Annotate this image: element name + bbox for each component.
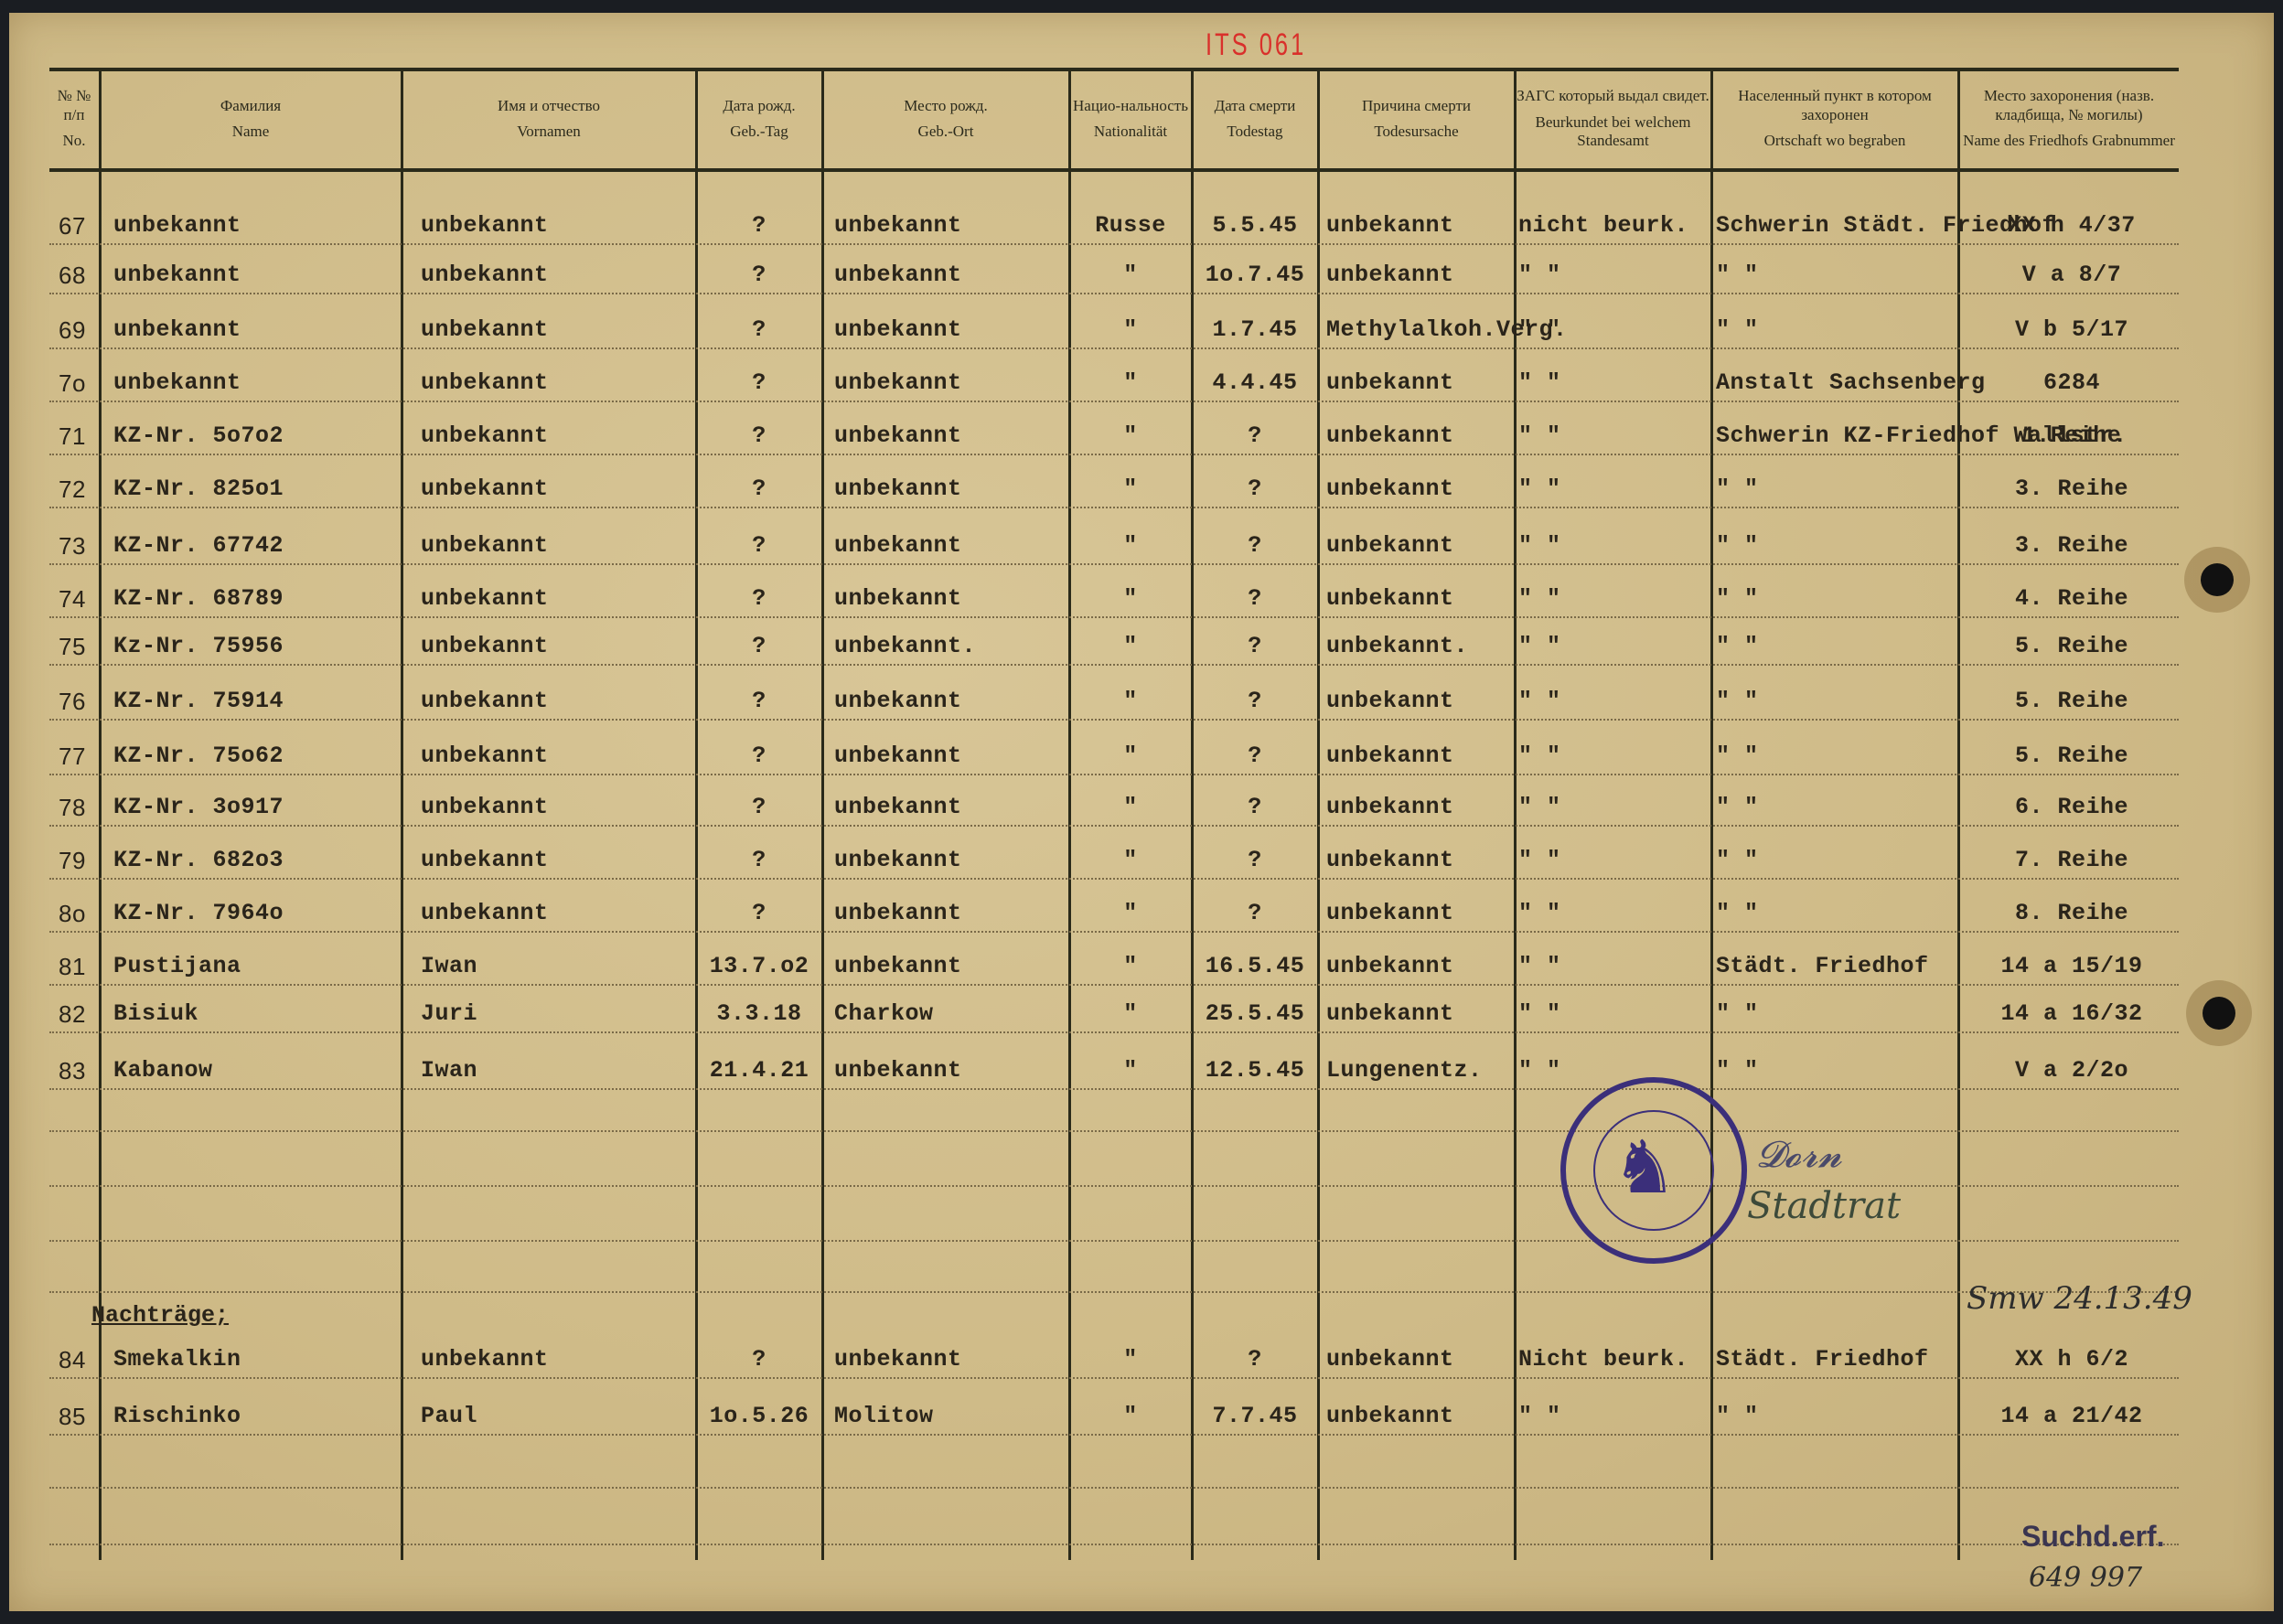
cell-standesamt: " " [1518,585,1707,612]
cell-geb-tag: ? [701,794,818,820]
cell-geb-tag: ? [701,532,818,559]
cell-geb-tag: 1o.5.26 [701,1403,818,1429]
cell-ort: " " [1716,316,1956,343]
table-row: 67unbekanntunbekannt?unbekanntRusse5.5.4… [0,212,2283,264]
cell-vorname: unbekannt [421,688,686,714]
header-ortschaft: Населенный пункт в котором захоронен Ort… [1712,71,1957,166]
cell-nat: " [1072,585,1189,612]
cell-standesamt: " " [1518,1000,1707,1027]
cell-name: KZ-Nr. 5o7o2 [113,422,388,449]
cell-name: KZ-Nr. 75914 [113,688,388,714]
cell-geb-ort: unbekannt [834,743,1063,769]
cell-todestag: ? [1195,743,1315,769]
cell-vorname: unbekannt [421,369,686,396]
cell-grab: 5. Reihe [1967,743,2177,769]
cell-nat: " [1072,847,1189,873]
dotted-rule [49,1487,2179,1489]
cell-name: KZ-Nr. 682o3 [113,847,388,873]
cell-geb-ort: unbekannt [834,953,1063,979]
cell-todestag: ? [1195,585,1315,612]
cell-no: 77 [49,743,95,771]
header-bottom-rule [49,168,2179,172]
cell-standesamt: " " [1518,1403,1707,1429]
cell-nat: Russe [1072,212,1189,239]
table-row: 81PustijanaIwan13.7.o2unbekannt"16.5.45u… [0,953,2283,1005]
dotted-rule [49,825,2179,827]
cell-geb-ort: unbekannt [834,475,1063,502]
cell-no: 75 [49,633,95,661]
cell-todestag: 16.5.45 [1195,953,1315,979]
handwritten-note: Smw 24.13.49 [1967,1280,2192,1317]
cell-todestag: ? [1195,475,1315,502]
cell-standesamt: " " [1518,422,1707,449]
cell-nat: " [1072,422,1189,449]
signature: 𝓓𝓸𝓻𝓷 [1756,1134,1842,1176]
dotted-rule [49,1377,2179,1379]
cell-ort: Anstalt Sachsenberg [1716,369,1956,396]
cell-ort: Städt. Friedhof [1716,953,1956,979]
cell-no: 72 [49,475,95,504]
cell-geb-tag: ? [701,847,818,873]
cell-ort: " " [1716,1000,1956,1027]
horse-rider-icon: ♞ [1612,1125,1677,1210]
dotted-rule [49,719,2179,721]
cell-geb-ort: unbekannt [834,1346,1063,1373]
cell-geb-ort: Molitow [834,1403,1063,1429]
cell-nat: " [1072,532,1189,559]
table-row: 72KZ-Nr. 825o1unbekannt?unbekannt"?unbek… [0,475,2283,528]
cell-no: 82 [49,1000,95,1029]
cell-standesamt: " " [1518,1057,1707,1084]
cell-nat: " [1072,475,1189,502]
cell-vorname: Iwan [421,953,686,979]
cell-standesamt: " " [1518,316,1707,343]
cell-ort: " " [1716,688,1956,714]
cell-vorname: unbekannt [421,532,686,559]
cell-name: Pustijana [113,953,388,979]
cell-todestag: ? [1195,794,1315,820]
cell-ort: " " [1716,262,1956,288]
cell-no: 8o [49,900,95,928]
cell-no: 76 [49,688,95,716]
cell-name: unbekannt [113,316,388,343]
cell-geb-tag: ? [701,743,818,769]
cell-geb-ort: Charkow [834,1000,1063,1027]
cell-nat: " [1072,1000,1189,1027]
punch-hole [2201,563,2234,596]
cell-vorname: unbekannt [421,212,686,239]
dotted-rule [49,931,2179,933]
cell-geb-ort: unbekannt [834,900,1063,926]
cell-no: 74 [49,585,95,614]
header-todestag: Дата смерти Todestag [1193,71,1317,166]
cell-todestag: ? [1195,633,1315,659]
cell-todestag: ? [1195,422,1315,449]
cell-ort: " " [1716,847,1956,873]
cell-standesamt: " " [1518,369,1707,396]
cell-todestag: 12.5.45 [1195,1057,1315,1084]
cell-standesamt: " " [1518,633,1707,659]
cell-geb-ort: unbekannt [834,532,1063,559]
cell-vorname: unbekannt [421,633,686,659]
cell-geb-tag: ? [701,369,818,396]
cell-grab: 14 a 16/32 [1967,1000,2177,1027]
dotted-rule [49,664,2179,666]
cell-nat: " [1072,1057,1189,1084]
cell-name: KZ-Nr. 825o1 [113,475,388,502]
cell-geb-tag: ? [701,422,818,449]
dotted-rule [49,563,2179,565]
cell-no: 7o [49,369,95,398]
official-seal: ♞ [1560,1077,1747,1264]
header-no: № № п/п No. [49,71,99,166]
cell-ort: Städt. Friedhof [1716,1346,1956,1373]
header-nationalitaet: Нацио-нальность Nationalität [1070,71,1191,166]
cell-ort: Schwerin Städt. Friedhof [1716,212,1956,239]
cell-name: unbekannt [113,369,388,396]
cell-geb-tag: ? [701,633,818,659]
cell-ort: " " [1716,475,1956,502]
cell-grab: 3. Reihe [1967,475,2177,502]
cell-grab: 7. Reihe [1967,847,2177,873]
table-row: 83KabanowIwan21.4.21unbekannt"12.5.45Lun… [0,1057,2283,1109]
cell-name: Kz-Nr. 75956 [113,633,388,659]
cell-grab: 14 a 15/19 [1967,953,2177,979]
table-row: 74KZ-Nr. 68789unbekannt?unbekannt"?unbek… [0,585,2283,637]
table-row: 75Kz-Nr. 75956unbekannt?unbekannt."?unbe… [0,633,2283,685]
dotted-rule [49,1291,2179,1293]
cell-name: unbekannt [113,262,388,288]
dotted-rule [49,243,2179,245]
dotted-rule [49,507,2179,508]
cell-grab: 5. Reihe [1967,688,2177,714]
dotted-rule [49,1088,2179,1090]
cell-standesamt: " " [1518,688,1707,714]
cell-standesamt: " " [1518,953,1707,979]
table-row: 8oKZ-Nr. 7964ounbekannt?unbekannt"?unbek… [0,900,2283,952]
header-friedhof: Место захоронения (назв. кладбища, № мог… [1959,71,2179,166]
cell-nat: " [1072,900,1189,926]
cell-ort: " " [1716,532,1956,559]
cell-grab: 6284 [1967,369,2177,396]
cell-ort: " " [1716,633,1956,659]
cell-nat: " [1072,953,1189,979]
cell-vorname: Paul [421,1403,686,1429]
cell-geb-tag: ? [701,262,818,288]
header-vornamen: Имя и отчество Vornamen [402,71,695,166]
dotted-rule [49,616,2179,618]
dotted-rule [49,1544,2179,1545]
cell-name: KZ-Nr. 75o62 [113,743,388,769]
cell-ort: Schwerin KZ-Friedhof Wallstr. [1716,422,1956,449]
cell-ort: " " [1716,794,1956,820]
cell-name: Bisiuk [113,1000,388,1027]
cell-name: KZ-Nr. 7964o [113,900,388,926]
cell-ort: " " [1716,743,1956,769]
dotted-rule [49,1031,2179,1033]
cell-standesamt: " " [1518,900,1707,926]
cell-vorname: unbekannt [421,422,686,449]
dotted-rule [49,774,2179,775]
cell-standesamt: " " [1518,475,1707,502]
cell-geb-ort: unbekannt [834,585,1063,612]
cell-standesamt: " " [1518,262,1707,288]
cell-grab: XX h 4/37 [1967,212,2177,239]
cell-grab: 14 a 21/42 [1967,1403,2177,1429]
cell-standesamt: nicht beurk. [1518,212,1707,239]
table-row: 71KZ-Nr. 5o7o2unbekannt?unbekannt"?unbek… [0,422,2283,475]
cell-geb-tag: ? [701,900,818,926]
table-row: 69unbekanntunbekannt?unbekannt"1.7.45Met… [0,316,2283,369]
cell-geb-tag: ? [701,316,818,343]
cell-geb-ort: unbekannt [834,422,1063,449]
supplement-heading: Nachträge; [91,1302,229,1329]
cell-geb-ort: unbekannt [834,369,1063,396]
cell-todestag: ? [1195,688,1315,714]
cell-no: 67 [49,212,95,240]
cell-vorname: unbekannt [421,316,686,343]
header-todesursache: Причина смерти Todesursache [1319,71,1514,166]
cell-geb-ort: unbekannt [834,847,1063,873]
cell-no: 73 [49,532,95,561]
cell-standesamt: " " [1518,743,1707,769]
table-row: 82BisiukJuri3.3.18Charkow"25.5.45unbekan… [0,1000,2283,1052]
cell-no: 68 [49,262,95,290]
cell-vorname: unbekannt [421,262,686,288]
cell-geb-tag: 13.7.o2 [701,953,818,979]
cell-todestag: 1o.7.45 [1195,262,1315,288]
cell-grab: 8. Reihe [1967,900,2177,926]
cell-grab: 3. Reihe [1967,532,2177,559]
dotted-rule [49,454,2179,455]
cell-nat: " [1072,688,1189,714]
cell-geb-ort: unbekannt [834,1057,1063,1084]
cell-nat: " [1072,743,1189,769]
cell-ort: " " [1716,900,1956,926]
table-row: 77KZ-Nr. 75o62unbekannt?unbekannt"?unbek… [0,743,2283,795]
cell-grab: V a 2/2o [1967,1057,2177,1084]
cell-todestag: 1.7.45 [1195,316,1315,343]
cell-todestag: ? [1195,1346,1315,1373]
cell-geb-tag: ? [701,212,818,239]
cell-grab: 5. Reihe [1967,633,2177,659]
dotted-rule [49,401,2179,402]
header-geb-tag: Дата рожд. Geb.-Tag [697,71,821,166]
cell-geb-tag: ? [701,585,818,612]
cell-todestag: 5.5.45 [1195,212,1315,239]
table-row: 78KZ-Nr. 3o917unbekannt?unbekannt"?unbek… [0,794,2283,846]
cell-geb-tag: ? [701,1346,818,1373]
cell-nat: " [1072,633,1189,659]
cell-nat: " [1072,369,1189,396]
cell-geb-tag: ? [701,475,818,502]
cell-grab: 4. Reihe [1967,585,2177,612]
cell-ort: " " [1716,1057,1956,1084]
header-geb-ort: Место рожд. Geb.-Ort [823,71,1068,166]
cell-name: KZ-Nr. 3o917 [113,794,388,820]
cell-vorname: unbekannt [421,475,686,502]
cell-grab: V a 8/7 [1967,262,2177,288]
cell-todestag: ? [1195,900,1315,926]
cell-vorname: Juri [421,1000,686,1027]
cell-grab: XX h 6/2 [1967,1346,2177,1373]
cell-geb-ort: unbekannt [834,212,1063,239]
cell-no: 85 [49,1403,95,1431]
cell-todestag: ? [1195,847,1315,873]
cell-name: Rischinko [113,1403,388,1429]
cell-no: 79 [49,847,95,875]
cell-vorname: Iwan [421,1057,686,1084]
table-row: 68unbekanntunbekannt?unbekannt"1o.7.45un… [0,262,2283,314]
its-archive-stamp: ITS 061 [1206,27,1306,63]
suchd-erf-stamp: Suchd.erf. [2021,1520,2164,1554]
cell-no: 83 [49,1057,95,1085]
cell-nat: " [1072,1403,1189,1429]
dotted-rule [49,1130,2179,1132]
cell-no: 84 [49,1346,95,1374]
handwritten-reference: 649 997 [2029,1562,2142,1594]
table-row: 84Smekalkinunbekannt?unbekannt"?unbekann… [0,1346,2283,1398]
cell-geb-tag: 3.3.18 [701,1000,818,1027]
cell-grab: 1.Reihe [1967,422,2177,449]
cell-vorname: unbekannt [421,900,686,926]
signature-title: Stadtrat [1747,1185,1901,1227]
cell-name: Smekalkin [113,1346,388,1373]
table-row: 73KZ-Nr. 67742unbekannt?unbekannt"?unbek… [0,532,2283,584]
cell-no: 81 [49,953,95,981]
cell-no: 69 [49,316,95,345]
cell-name: unbekannt [113,212,388,239]
table-row: 7ounbekanntunbekannt?unbekannt"4.4.45unb… [0,369,2283,422]
cell-name: KZ-Nr. 68789 [113,585,388,612]
dotted-rule [49,1434,2179,1436]
header-name: Фамилия Name [101,71,401,166]
dotted-rule [49,984,2179,986]
cell-nat: " [1072,316,1189,343]
cell-nat: " [1072,262,1189,288]
cell-standesamt: " " [1518,847,1707,873]
cell-vorname: unbekannt [421,1346,686,1373]
cell-todestag: 25.5.45 [1195,1000,1315,1027]
cell-todestag: 4.4.45 [1195,369,1315,396]
cell-grab: 6. Reihe [1967,794,2177,820]
dotted-rule [49,347,2179,349]
cell-standesamt: Nicht beurk. [1518,1346,1707,1373]
header-standesamt: ЗАГС который выдал свидет. Beurkundet be… [1516,71,1710,166]
cell-ort: " " [1716,1403,1956,1429]
table-row: 85RischinkoPaul1o.5.26Molitow"7.7.45unbe… [0,1403,2283,1455]
cell-geb-ort: unbekannt [834,688,1063,714]
cell-vorname: unbekannt [421,585,686,612]
dotted-rule [49,878,2179,880]
cell-nat: " [1072,794,1189,820]
cell-grab: V b 5/17 [1967,316,2177,343]
cell-standesamt: " " [1518,532,1707,559]
cell-name: KZ-Nr. 67742 [113,532,388,559]
dotted-rule [49,293,2179,294]
cell-geb-ort: unbekannt [834,794,1063,820]
cell-todestag: ? [1195,532,1315,559]
table-row: 76KZ-Nr. 75914unbekannt?unbekannt"?unbek… [0,688,2283,740]
cell-vorname: unbekannt [421,847,686,873]
cell-ort: " " [1716,585,1956,612]
dotted-rule [49,1240,2179,1242]
cell-nat: " [1072,1346,1189,1373]
punch-hole [2203,997,2235,1030]
cell-geb-ort: unbekannt. [834,633,1063,659]
cell-geb-ort: unbekannt [834,316,1063,343]
cell-geb-tag: 21.4.21 [701,1057,818,1084]
cell-standesamt: " " [1518,794,1707,820]
cell-geb-ort: unbekannt [834,262,1063,288]
cell-todestag: 7.7.45 [1195,1403,1315,1429]
cell-no: 71 [49,422,95,451]
cell-geb-tag: ? [701,688,818,714]
table-row: 79KZ-Nr. 682o3unbekannt?unbekannt"?unbek… [0,847,2283,899]
cell-no: 78 [49,794,95,822]
cell-vorname: unbekannt [421,794,686,820]
cell-name: Kabanow [113,1057,388,1084]
cell-vorname: unbekannt [421,743,686,769]
